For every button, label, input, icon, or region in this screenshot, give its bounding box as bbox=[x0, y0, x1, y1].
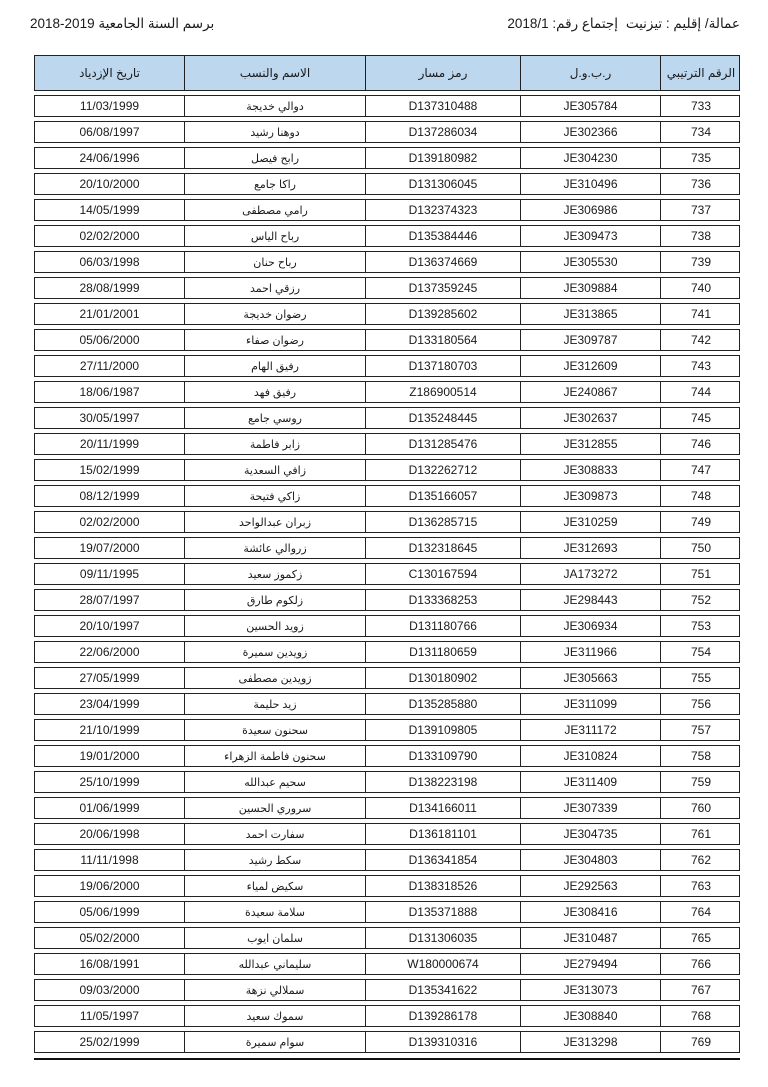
name-cell: روسي جامع bbox=[185, 408, 366, 428]
table-row: 23/04/1999 زيد حليمة D135285880 JE311099… bbox=[34, 693, 740, 715]
dob-cell: 21/01/2001 bbox=[35, 304, 185, 324]
massar-code-cell: C130167594 bbox=[366, 564, 521, 584]
massar-code-cell: Z186900514 bbox=[366, 382, 521, 402]
cnie-cell: JE308833 bbox=[521, 460, 661, 480]
cnie-cell: JE309884 bbox=[521, 278, 661, 298]
name-cell: سحنون فاطمة الزهراء bbox=[185, 746, 366, 766]
dob-cell: 28/08/1999 bbox=[35, 278, 185, 298]
order-number-cell: 738 bbox=[661, 226, 741, 246]
massar-code-cell: D137359245 bbox=[366, 278, 521, 298]
table-row: 11/11/1998 سكط رشيد D136341854 JE304803 … bbox=[34, 849, 740, 871]
cnie-cell: JE279494 bbox=[521, 954, 661, 974]
name-cell: رفيق فهد bbox=[185, 382, 366, 402]
dob-cell: 25/02/1999 bbox=[35, 1032, 185, 1052]
order-number-cell: 743 bbox=[661, 356, 741, 376]
cnie-cell: JE312855 bbox=[521, 434, 661, 454]
name-cell: سلامة سعيدة bbox=[185, 902, 366, 922]
dob-cell: 01/06/1999 bbox=[35, 798, 185, 818]
cnie-cell: JE312609 bbox=[521, 356, 661, 376]
dob-cell: 14/05/1999 bbox=[35, 200, 185, 220]
order-number-cell: 746 bbox=[661, 434, 741, 454]
province-label: عمالة/ إقليم : تيزنيت bbox=[626, 16, 740, 32]
massar-code-cell: D133368253 bbox=[366, 590, 521, 610]
dob-cell: 20/10/1997 bbox=[35, 616, 185, 636]
table-row: 20/10/1997 زويد الحسين D131180766 JE3069… bbox=[34, 615, 740, 637]
table-row: 05/06/2000 رضوان صفاء D133180564 JE30978… bbox=[34, 329, 740, 351]
dob-cell: 18/06/1987 bbox=[35, 382, 185, 402]
dob-cell: 05/02/2000 bbox=[35, 928, 185, 948]
name-cell: دوالي خديجة bbox=[185, 96, 366, 116]
dob-cell: 19/06/2000 bbox=[35, 876, 185, 896]
cnie-cell: JE304735 bbox=[521, 824, 661, 844]
name-cell: دوهنا رشيد bbox=[185, 122, 366, 142]
table-row: 11/05/1997 سموك سعيد D139286178 JE308840… bbox=[34, 1005, 740, 1027]
massar-code-cell: D133180564 bbox=[366, 330, 521, 350]
dob-cell: 16/08/1991 bbox=[35, 954, 185, 974]
table-body: 11/03/1999 دوالي خديجة D137310488 JE3057… bbox=[34, 95, 740, 1053]
dob-cell: 24/06/1996 bbox=[35, 148, 185, 168]
order-number-cell: 747 bbox=[661, 460, 741, 480]
cnie-cell: JE304230 bbox=[521, 148, 661, 168]
name-cell: رباح حنان bbox=[185, 252, 366, 272]
order-number-cell: 753 bbox=[661, 616, 741, 636]
table-row: 14/05/1999 رامي مصطفى D132374323 JE30698… bbox=[34, 199, 740, 221]
cnie-cell: JE310487 bbox=[521, 928, 661, 948]
cnie-cell: JE305530 bbox=[521, 252, 661, 272]
order-number-cell: 764 bbox=[661, 902, 741, 922]
massar-code-cell: D139109805 bbox=[366, 720, 521, 740]
cnie-cell: JE306986 bbox=[521, 200, 661, 220]
name-cell: زكموز سعيد bbox=[185, 564, 366, 584]
table-row: 24/06/1996 رابح فيصل D139180982 JE304230… bbox=[34, 147, 740, 169]
table-row: 18/06/1987 رفيق فهد Z186900514 JE240867 … bbox=[34, 381, 740, 403]
table-row: 27/05/1999 زويدين مصطفى D130180902 JE305… bbox=[34, 667, 740, 689]
table-row: 02/02/2000 زبران عبدالواحد D136285715 JE… bbox=[34, 511, 740, 533]
table-row: 01/06/1999 سروري الحسين D134166011 JE307… bbox=[34, 797, 740, 819]
cnie-cell: JE312693 bbox=[521, 538, 661, 558]
column-header-dob: تاريخ الإزدياد bbox=[35, 56, 185, 90]
cnie-cell: JE302637 bbox=[521, 408, 661, 428]
table-row: 20/06/1998 سفارت احمد D136181101 JE30473… bbox=[34, 823, 740, 845]
name-cell: رزقي احمد bbox=[185, 278, 366, 298]
name-cell: زيد حليمة bbox=[185, 694, 366, 714]
table-row: 20/11/1999 زابر فاطمة D131285476 JE31285… bbox=[34, 433, 740, 455]
cnie-cell: JE309473 bbox=[521, 226, 661, 246]
table-row: 19/06/2000 سكيض لمياء D138318526 JE29256… bbox=[34, 875, 740, 897]
name-cell: زويدين سميرة bbox=[185, 642, 366, 662]
cnie-cell: JE313865 bbox=[521, 304, 661, 324]
column-header-name: الاسم والنسب bbox=[185, 56, 366, 90]
order-number-cell: 733 bbox=[661, 96, 741, 116]
cnie-cell: JE310824 bbox=[521, 746, 661, 766]
dob-cell: 11/11/1998 bbox=[35, 850, 185, 870]
order-number-cell: 751 bbox=[661, 564, 741, 584]
cnie-cell: JE311966 bbox=[521, 642, 661, 662]
order-number-cell: 763 bbox=[661, 876, 741, 896]
dob-cell: 09/03/2000 bbox=[35, 980, 185, 1000]
cnie-cell: JE311172 bbox=[521, 720, 661, 740]
massar-code-cell: W180000674 bbox=[366, 954, 521, 974]
order-number-cell: 758 bbox=[661, 746, 741, 766]
dob-cell: 20/11/1999 bbox=[35, 434, 185, 454]
cnie-cell: JE305663 bbox=[521, 668, 661, 688]
academic-year-label: برسم السنة الجامعية 2019-2018 bbox=[30, 16, 214, 32]
meeting-number-label: إجتماع رقم: 2018/1 bbox=[507, 16, 618, 32]
order-number-cell: 768 bbox=[661, 1006, 741, 1026]
order-number-cell: 752 bbox=[661, 590, 741, 610]
order-number-cell: 761 bbox=[661, 824, 741, 844]
name-cell: سوام سميرة bbox=[185, 1032, 366, 1052]
cnie-cell: JE302366 bbox=[521, 122, 661, 142]
massar-code-cell: D138223198 bbox=[366, 772, 521, 792]
name-cell: رامي مصطفى bbox=[185, 200, 366, 220]
table-row: 09/11/1995 زكموز سعيد C130167594 JA17327… bbox=[34, 563, 740, 585]
massar-code-cell: D135384446 bbox=[366, 226, 521, 246]
dob-cell: 25/10/1999 bbox=[35, 772, 185, 792]
order-number-cell: 750 bbox=[661, 538, 741, 558]
table-row: 09/03/2000 سملالي نزهة D135341622 JE3130… bbox=[34, 979, 740, 1001]
dob-cell: 20/10/2000 bbox=[35, 174, 185, 194]
dob-cell: 30/05/1997 bbox=[35, 408, 185, 428]
order-number-cell: 755 bbox=[661, 668, 741, 688]
order-number-cell: 742 bbox=[661, 330, 741, 350]
dob-cell: 20/06/1998 bbox=[35, 824, 185, 844]
name-cell: رضوان خديجة bbox=[185, 304, 366, 324]
table-header-row: تاريخ الإزدياد الاسم والنسب رمز مسار ر.ب… bbox=[34, 55, 740, 91]
cnie-cell: JE304803 bbox=[521, 850, 661, 870]
table-row: 08/12/1999 زاكي فتيحة D135166057 JE30987… bbox=[34, 485, 740, 507]
massar-code-cell: D136181101 bbox=[366, 824, 521, 844]
dob-cell: 06/03/1998 bbox=[35, 252, 185, 272]
cnie-cell: JE313073 bbox=[521, 980, 661, 1000]
table-row: 21/10/1999 سحنون سعيدة D139109805 JE3111… bbox=[34, 719, 740, 741]
cnie-cell: JE309787 bbox=[521, 330, 661, 350]
massar-code-cell: D133109790 bbox=[366, 746, 521, 766]
order-number-cell: 766 bbox=[661, 954, 741, 974]
dob-cell: 27/05/1999 bbox=[35, 668, 185, 688]
massar-code-cell: D135285880 bbox=[366, 694, 521, 714]
order-number-cell: 757 bbox=[661, 720, 741, 740]
dob-cell: 09/11/1995 bbox=[35, 564, 185, 584]
order-number-cell: 741 bbox=[661, 304, 741, 324]
cnie-cell: JE308840 bbox=[521, 1006, 661, 1026]
table-row: 06/08/1997 دوهنا رشيد D137286034 JE30236… bbox=[34, 121, 740, 143]
dob-cell: 02/02/2000 bbox=[35, 226, 185, 246]
massar-code-cell: D131180659 bbox=[366, 642, 521, 662]
massar-code-cell: D131306035 bbox=[366, 928, 521, 948]
table-row: 15/02/1999 زافي السعدية D132262712 JE308… bbox=[34, 459, 740, 481]
name-cell: سفارت احمد bbox=[185, 824, 366, 844]
cnie-cell: JE311409 bbox=[521, 772, 661, 792]
name-cell: سموك سعيد bbox=[185, 1006, 366, 1026]
name-cell: سحيم عبدالله bbox=[185, 772, 366, 792]
massar-code-cell: D132374323 bbox=[366, 200, 521, 220]
order-number-cell: 749 bbox=[661, 512, 741, 532]
dob-cell: 22/06/2000 bbox=[35, 642, 185, 662]
table-row: 28/08/1999 رزقي احمد D137359245 JE309884… bbox=[34, 277, 740, 299]
cnie-cell: JE305784 bbox=[521, 96, 661, 116]
order-number-cell: 745 bbox=[661, 408, 741, 428]
massar-code-cell: D134166011 bbox=[366, 798, 521, 818]
cnie-cell: JE313298 bbox=[521, 1032, 661, 1052]
table-row: 16/08/1991 سليماني عبدالله W180000674 JE… bbox=[34, 953, 740, 975]
column-header-order-number: الرقم الترتيبي bbox=[661, 56, 741, 90]
cnie-cell: JE298443 bbox=[521, 590, 661, 610]
cnie-cell: JE311099 bbox=[521, 694, 661, 714]
table-row: 19/07/2000 زروالي عائشة D132318645 JE312… bbox=[34, 537, 740, 559]
massar-code-cell: D135341622 bbox=[366, 980, 521, 1000]
name-cell: رباح الياس bbox=[185, 226, 366, 246]
dob-cell: 28/07/1997 bbox=[35, 590, 185, 610]
name-cell: زلكوم طارق bbox=[185, 590, 366, 610]
name-cell: سليماني عبدالله bbox=[185, 954, 366, 974]
name-cell: زبران عبدالواحد bbox=[185, 512, 366, 532]
dob-cell: 19/01/2000 bbox=[35, 746, 185, 766]
massar-code-cell: D135371888 bbox=[366, 902, 521, 922]
table-bottom-rule bbox=[34, 1058, 740, 1060]
students-table: تاريخ الإزدياد الاسم والنسب رمز مسار ر.ب… bbox=[34, 55, 740, 1060]
order-number-cell: 754 bbox=[661, 642, 741, 662]
order-number-cell: 769 bbox=[661, 1032, 741, 1052]
table-row: 05/02/2000 سلمان ايوب D131306035 JE31048… bbox=[34, 927, 740, 949]
dob-cell: 19/07/2000 bbox=[35, 538, 185, 558]
dob-cell: 11/05/1997 bbox=[35, 1006, 185, 1026]
order-number-cell: 736 bbox=[661, 174, 741, 194]
massar-code-cell: D138318526 bbox=[366, 876, 521, 896]
table-row: 05/06/1999 سلامة سعيدة D135371888 JE3084… bbox=[34, 901, 740, 923]
cnie-cell: JE310496 bbox=[521, 174, 661, 194]
name-cell: زويد الحسين bbox=[185, 616, 366, 636]
name-cell: سحنون سعيدة bbox=[185, 720, 366, 740]
order-number-cell: 740 bbox=[661, 278, 741, 298]
name-cell: سروري الحسين bbox=[185, 798, 366, 818]
cnie-cell: JE306934 bbox=[521, 616, 661, 636]
dob-cell: 11/03/1999 bbox=[35, 96, 185, 116]
dob-cell: 05/06/2000 bbox=[35, 330, 185, 350]
dob-cell: 02/02/2000 bbox=[35, 512, 185, 532]
order-number-cell: 765 bbox=[661, 928, 741, 948]
name-cell: زروالي عائشة bbox=[185, 538, 366, 558]
massar-code-cell: D136374669 bbox=[366, 252, 521, 272]
column-header-cnie: ر.ب.و.ل bbox=[521, 56, 661, 90]
massar-code-cell: D135166057 bbox=[366, 486, 521, 506]
page-header: عمالة/ إقليم : تيزنيت إجتماع رقم: 2018/1… bbox=[0, 16, 768, 42]
massar-code-cell: D137286034 bbox=[366, 122, 521, 142]
name-cell: زابر فاطمة bbox=[185, 434, 366, 454]
massar-code-cell: D131306045 bbox=[366, 174, 521, 194]
order-number-cell: 756 bbox=[661, 694, 741, 714]
table-row: 11/03/1999 دوالي خديجة D137310488 JE3057… bbox=[34, 95, 740, 117]
cnie-cell: JE307339 bbox=[521, 798, 661, 818]
cnie-cell: JE292563 bbox=[521, 876, 661, 896]
cnie-cell: JE309873 bbox=[521, 486, 661, 506]
order-number-cell: 748 bbox=[661, 486, 741, 506]
massar-code-cell: D136341854 bbox=[366, 850, 521, 870]
name-cell: زاكي فتيحة bbox=[185, 486, 366, 506]
table-row: 20/10/2000 راكا جامع D131306045 JE310496… bbox=[34, 173, 740, 195]
dob-cell: 21/10/1999 bbox=[35, 720, 185, 740]
massar-code-cell: D139310316 bbox=[366, 1032, 521, 1052]
table-row: 30/05/1997 روسي جامع D135248445 JE302637… bbox=[34, 407, 740, 429]
table-row: 25/02/1999 سوام سميرة D139310316 JE31329… bbox=[34, 1031, 740, 1053]
name-cell: سلمان ايوب bbox=[185, 928, 366, 948]
name-cell: سملالي نزهة bbox=[185, 980, 366, 1000]
order-number-cell: 767 bbox=[661, 980, 741, 1000]
table-row: 27/11/2000 رفيق الهام D137180703 JE31260… bbox=[34, 355, 740, 377]
massar-code-cell: D131285476 bbox=[366, 434, 521, 454]
name-cell: رضوان صفاء bbox=[185, 330, 366, 350]
dob-cell: 05/06/1999 bbox=[35, 902, 185, 922]
massar-code-cell: D131180766 bbox=[366, 616, 521, 636]
order-number-cell: 759 bbox=[661, 772, 741, 792]
cnie-cell: JE240867 bbox=[521, 382, 661, 402]
name-cell: رابح فيصل bbox=[185, 148, 366, 168]
order-number-cell: 739 bbox=[661, 252, 741, 272]
massar-code-cell: D137180703 bbox=[366, 356, 521, 376]
table-row: 19/01/2000 سحنون فاطمة الزهراء D13310979… bbox=[34, 745, 740, 767]
massar-code-cell: D132262712 bbox=[366, 460, 521, 480]
massar-code-cell: D136285715 bbox=[366, 512, 521, 532]
table-row: 02/02/2000 رباح الياس D135384446 JE30947… bbox=[34, 225, 740, 247]
massar-code-cell: D139285602 bbox=[366, 304, 521, 324]
order-number-cell: 762 bbox=[661, 850, 741, 870]
cnie-cell: JA173272 bbox=[521, 564, 661, 584]
dob-cell: 06/08/1997 bbox=[35, 122, 185, 142]
cnie-cell: JE308416 bbox=[521, 902, 661, 922]
massar-code-cell: D130180902 bbox=[366, 668, 521, 688]
table-row: 28/07/1997 زلكوم طارق D133368253 JE29844… bbox=[34, 589, 740, 611]
table-row: 21/01/2001 رضوان خديجة D139285602 JE3138… bbox=[34, 303, 740, 325]
dob-cell: 15/02/1999 bbox=[35, 460, 185, 480]
name-cell: سكط رشيد bbox=[185, 850, 366, 870]
massar-code-cell: D132318645 bbox=[366, 538, 521, 558]
order-number-cell: 737 bbox=[661, 200, 741, 220]
massar-code-cell: D139180982 bbox=[366, 148, 521, 168]
cnie-cell: JE310259 bbox=[521, 512, 661, 532]
massar-code-cell: D139286178 bbox=[366, 1006, 521, 1026]
massar-code-cell: D135248445 bbox=[366, 408, 521, 428]
name-cell: زويدين مصطفى bbox=[185, 668, 366, 688]
name-cell: راكا جامع bbox=[185, 174, 366, 194]
name-cell: سكيض لمياء bbox=[185, 876, 366, 896]
name-cell: زافي السعدية bbox=[185, 460, 366, 480]
table-row: 22/06/2000 زويدين سميرة D131180659 JE311… bbox=[34, 641, 740, 663]
massar-code-cell: D137310488 bbox=[366, 96, 521, 116]
name-cell: رفيق الهام bbox=[185, 356, 366, 376]
order-number-cell: 735 bbox=[661, 148, 741, 168]
order-number-cell: 744 bbox=[661, 382, 741, 402]
dob-cell: 08/12/1999 bbox=[35, 486, 185, 506]
dob-cell: 27/11/2000 bbox=[35, 356, 185, 376]
order-number-cell: 760 bbox=[661, 798, 741, 818]
document-page: عمالة/ إقليم : تيزنيت إجتماع رقم: 2018/1… bbox=[0, 0, 768, 1087]
table-row: 06/03/1998 رباح حنان D136374669 JE305530… bbox=[34, 251, 740, 273]
column-header-massar-code: رمز مسار bbox=[366, 56, 521, 90]
table-row: 25/10/1999 سحيم عبدالله D138223198 JE311… bbox=[34, 771, 740, 793]
order-number-cell: 734 bbox=[661, 122, 741, 142]
dob-cell: 23/04/1999 bbox=[35, 694, 185, 714]
